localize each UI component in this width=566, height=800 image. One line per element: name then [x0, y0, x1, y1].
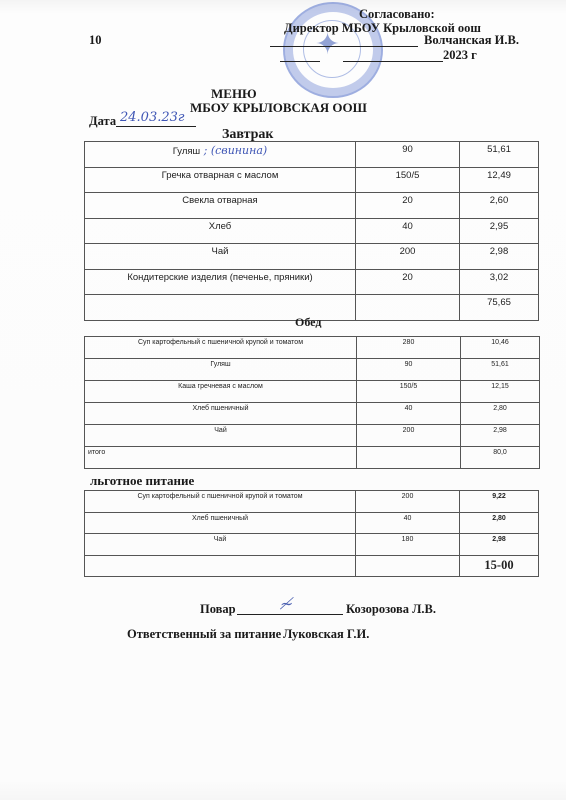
dish-name: Чай [85, 534, 356, 556]
date-label: Дата [89, 114, 116, 129]
dish-price: 2,95 [460, 218, 539, 244]
dish-price: 12,15 [461, 381, 540, 403]
cook-name: Козорозова Л.В. [346, 602, 436, 617]
approval-month-line [343, 61, 443, 62]
responsible-name: Луковская Г.И. [283, 627, 369, 642]
table-row: Хлеб 40 2,95 [85, 218, 539, 244]
dish-name: Хлеб [85, 218, 356, 244]
approved-label: Согласовано: [359, 7, 435, 22]
lunch-total-price: 80,0 [461, 447, 540, 469]
table-row: Чай 200 2,98 [85, 425, 540, 447]
table-row: Гуляш 90 51,61 [85, 359, 540, 381]
table-row: Гречка отварная с маслом 150/5 12,49 [85, 167, 539, 193]
benefit-heading: льготное питание [90, 473, 194, 489]
approval-year: 2023 г [443, 48, 477, 63]
page-number: 10 [89, 33, 102, 48]
breakfast-table: Гуляш ; (свинина) 90 51,61 Гречка отварн… [84, 141, 539, 321]
dish-quantity: 280 [357, 337, 461, 359]
table-row: Гуляш ; (свинина) 90 51,61 [85, 142, 539, 168]
table-row: Каша гречневая с маслом 150/5 12,15 [85, 381, 540, 403]
dish-quantity: 20 [356, 269, 460, 295]
dish-price: 51,61 [460, 142, 539, 168]
cook-signature-icon: ≁ [280, 594, 293, 613]
table-row: Суп картофельный с пшеничной крупой и то… [85, 337, 540, 359]
breakfast-total-price: 75,65 [460, 295, 539, 321]
dish-quantity: 40 [356, 512, 460, 534]
dish-quantity: 40 [356, 218, 460, 244]
dish-quantity: 180 [356, 534, 460, 556]
dish-quantity: 40 [357, 403, 461, 425]
date-underline [116, 126, 196, 127]
dish-name: Суп картофельный с пшеничной крупой и то… [85, 491, 356, 513]
total-quantity [356, 555, 460, 577]
dish-name: Чай [85, 244, 356, 270]
dish-quantity: 20 [356, 193, 460, 219]
lunch-heading: Обед [295, 315, 321, 330]
dish-name: Хлеб пшеничный [85, 403, 357, 425]
dish-note: (свинина) [211, 144, 267, 157]
school-name: МБОУ КРЫЛОВСКАЯ ООШ [190, 100, 367, 116]
dish-name: Хлеб пшеничный [85, 512, 356, 534]
dish-quantity: 90 [356, 142, 460, 168]
dish-name: Гуляш [85, 359, 357, 381]
dish-name: Гуляш ; (свинина) [85, 142, 356, 168]
dish-quantity: 200 [357, 425, 461, 447]
cook-signature-line [237, 614, 343, 615]
dish-quantity: 200 [356, 491, 460, 513]
dish-quantity: 150/5 [356, 167, 460, 193]
dish-price: 2,98 [461, 425, 540, 447]
dish-price: 3,02 [460, 269, 539, 295]
table-row: Чай 200 2,98 [85, 244, 539, 270]
cook-label: Повар [200, 602, 236, 617]
total-quantity [356, 295, 460, 321]
dish-price: 2,60 [460, 193, 539, 219]
total-quantity [357, 447, 461, 469]
dish-name: Свекла отварная [85, 193, 356, 219]
total-row: итого 80,0 [85, 447, 540, 469]
table-row: Свекла отварная 20 2,60 [85, 193, 539, 219]
total-name [85, 555, 356, 577]
dish-price: 9,22 [460, 491, 539, 513]
dish-price: 10,46 [461, 337, 540, 359]
dish-price: 2,98 [460, 534, 539, 556]
director-name: Волчанская И.В. [424, 33, 519, 48]
benefit-table: Суп картофельный с пшеничной крупой и то… [84, 490, 539, 577]
director-signature-line [270, 46, 418, 47]
dish-price: 2,80 [461, 403, 540, 425]
table-row: Суп картофельный с пшеничной крупой и то… [85, 491, 539, 513]
dish-price: 2,98 [460, 244, 539, 270]
dish-name: Каша гречневая с маслом [85, 381, 357, 403]
dish-name: Чай [85, 425, 357, 447]
benefit-total-price: 15-00 [460, 555, 539, 577]
dish-quantity: 150/5 [357, 381, 461, 403]
table-row: Кондитерские изделия (печенье, пряники) … [85, 269, 539, 295]
dish-quantity: 90 [357, 359, 461, 381]
dish-price: 51,61 [461, 359, 540, 381]
approval-day-line [280, 61, 320, 62]
total-row: 15-00 [85, 555, 539, 577]
date-value: 24.03.23г [120, 110, 184, 125]
dish-quantity: 200 [356, 244, 460, 270]
responsible-label: Ответственный за питание [127, 627, 281, 642]
total-label: итого [85, 447, 357, 469]
table-row: Хлеб пшеничный 40 2,80 [85, 512, 539, 534]
lunch-table: Суп картофельный с пшеничной крупой и то… [84, 336, 540, 469]
dish-name: Суп картофельный с пшеничной крупой и то… [85, 337, 357, 359]
dish-price: 12,49 [460, 167, 539, 193]
table-row: Чай 180 2,98 [85, 534, 539, 556]
dish-name-text: Гуляш [173, 146, 200, 157]
dish-price: 2,80 [460, 512, 539, 534]
dish-name: Гречка отварная с маслом [85, 167, 356, 193]
table-row: Хлеб пшеничный 40 2,80 [85, 403, 540, 425]
dish-name: Кондитерские изделия (печенье, пряники) [85, 269, 356, 295]
